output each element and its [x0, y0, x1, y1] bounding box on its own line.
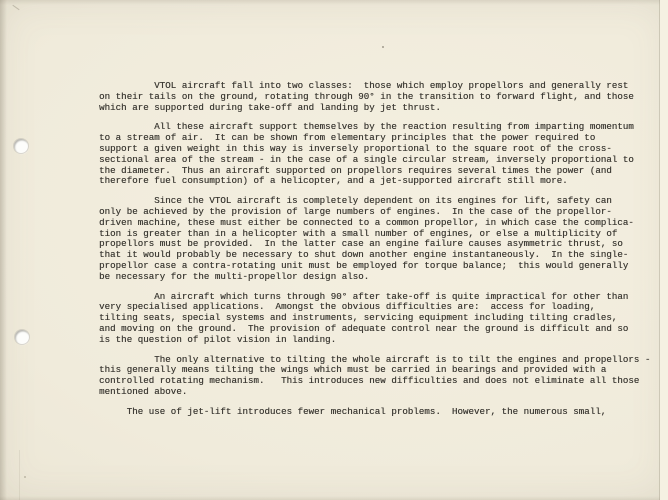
paragraph: All these aircraft support themselves by… [99, 122, 659, 187]
text-line: therefore fuel consumption) of a helicop… [99, 176, 659, 187]
scan-left-edge-shadow [0, 0, 7, 500]
paragraph: The use of jet-lift introduces fewer mec… [99, 407, 659, 418]
paragraph: The only alternative to tilting the whol… [99, 355, 659, 398]
text-line: driven machine, these must either be con… [99, 218, 659, 229]
text-line: sectional area of the stream - in the ca… [99, 155, 659, 166]
text-line: The use of jet-lift introduces fewer mec… [99, 407, 659, 418]
scan-scratch [12, 5, 19, 10]
text-line: is the question of pilot vision in landi… [99, 335, 659, 346]
paper-crease [19, 450, 20, 500]
paragraph: VTOL aircraft fall into two classes: tho… [99, 81, 659, 113]
paragraph: An aircraft which turns through 90° afte… [99, 292, 659, 346]
paragraph: Since the VTOL aircraft is completely de… [99, 196, 659, 282]
document-text: VTOL aircraft fall into two classes: tho… [99, 81, 659, 418]
scan-top-edge-shadow [0, 0, 668, 5]
scanned-page: VTOL aircraft fall into two classes: tho… [0, 0, 668, 500]
punch-hole-top [14, 139, 28, 153]
text-line: be necessary for the multi-propellor des… [99, 272, 659, 283]
text-line: mentioned above. [99, 387, 659, 398]
scan-speck [24, 476, 26, 478]
scan-speck [382, 46, 384, 48]
text-line: on their tails on the ground, rotating t… [99, 92, 659, 103]
scan-bottom-edge-shadow [0, 496, 668, 500]
scan-right-margin-strip [660, 0, 668, 500]
text-line: which are supported during take-off and … [99, 103, 659, 114]
paper-edge-line [659, 0, 660, 500]
punch-hole-bottom [15, 330, 29, 344]
